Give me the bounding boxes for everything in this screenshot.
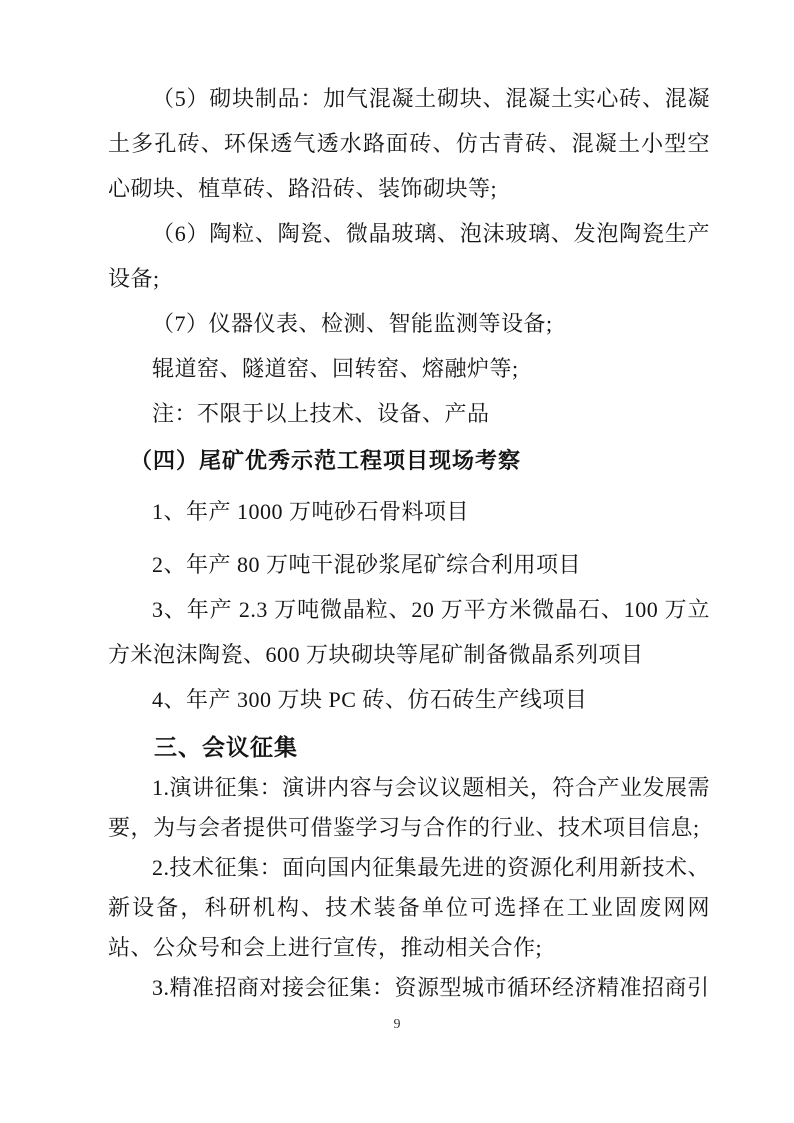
page-number: 9 bbox=[0, 1016, 794, 1034]
list-item-project-2: 2、年产 80 万吨干混砂浆尾矿综合利用项目 bbox=[108, 542, 710, 587]
document-page: （5）砌块制品：加气混凝土砌块、混凝土实心砖、混凝土多孔砖、环保透气透水路面砖、… bbox=[0, 0, 794, 1123]
list-item-project-3: 3、年产 2.3 万吨微晶粒、20 万平方米微晶石、100 万立方米泡沫陶瓷、6… bbox=[108, 587, 710, 677]
paragraph-speech-collection: 1.演讲征集：演讲内容与会议议题相关，符合产业发展需要，为与会者提供可借鉴学习与… bbox=[108, 768, 710, 848]
list-item-project-1: 1、年产 1000 万吨砂石骨料项目 bbox=[108, 489, 710, 534]
paragraph-note: 注：不限于以上技术、设备、产品 bbox=[108, 391, 710, 436]
paragraph-kilns: 辊道窑、隧道窑、回转窑、熔融炉等; bbox=[108, 346, 710, 391]
section-heading-conference-collection: 三、会议征集 bbox=[108, 726, 710, 768]
paragraph-block-products: （5）砌块制品：加气混凝土砌块、混凝土实心砖、混凝土多孔砖、环保透气透水路面砖、… bbox=[108, 76, 710, 211]
document-body: （5）砌块制品：加气混凝土砌块、混凝土实心砖、混凝土多孔砖、环保透气透水路面砖、… bbox=[108, 76, 710, 1008]
list-item-project-4: 4、年产 300 万块 PC 砖、仿石砖生产线项目 bbox=[108, 677, 710, 722]
paragraph-ceramic-equipment: （6）陶粒、陶瓷、微晶玻璃、泡沫玻璃、发泡陶瓷生产设备; bbox=[108, 211, 710, 301]
section-heading-site-visit: （四）尾矿优秀示范工程项目现场考察 bbox=[108, 438, 710, 483]
paragraph-technology-collection: 2.技术征集：面向国内征集最先进的资源化利用新技术、新设备，科研机构、技术装备单… bbox=[108, 848, 710, 968]
paragraph-investment-matchmaking: 3.精准招商对接会征集：资源型城市循环经济精准招商引 bbox=[108, 968, 710, 1008]
paragraph-instruments: （7）仪器仪表、检测、智能监测等设备; bbox=[108, 301, 710, 346]
